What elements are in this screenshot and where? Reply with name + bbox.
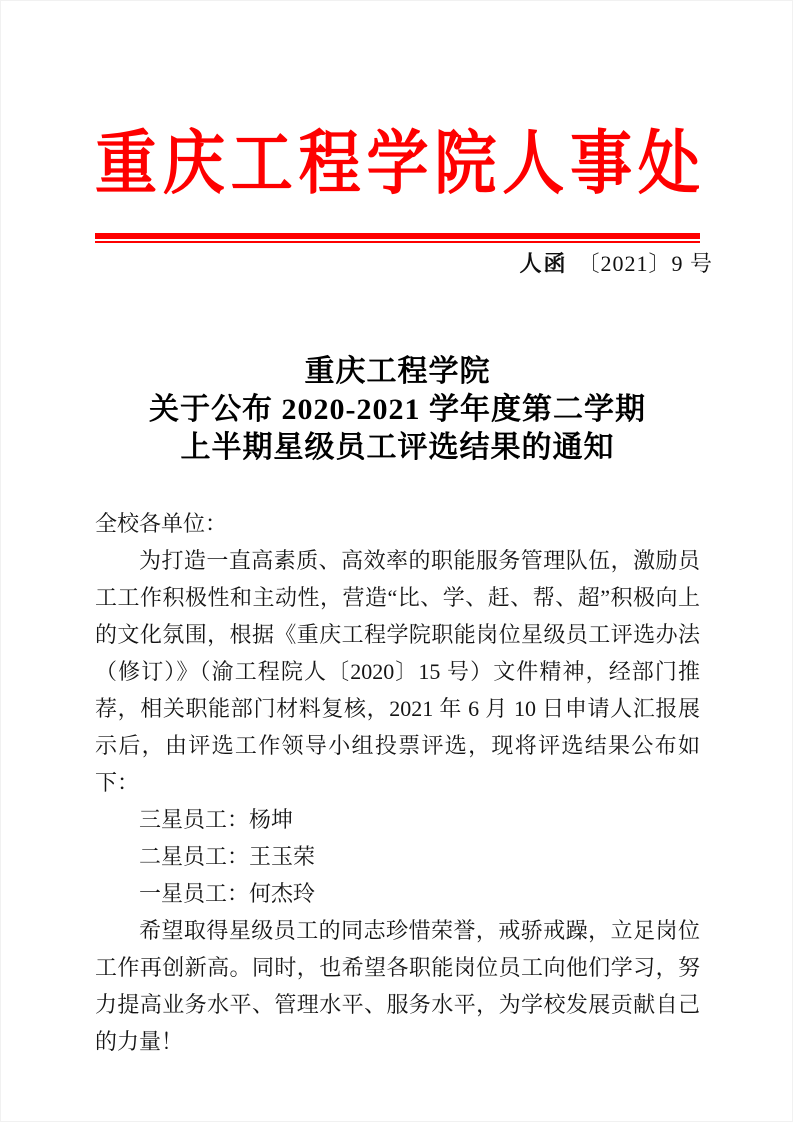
- document-title-line-3: 上半期星级员工评选结果的通知: [95, 429, 700, 467]
- document-title-line-2: 关于公布 2020-2021 学年度第二学期: [95, 391, 700, 429]
- body-paragraph-1: 为打造一直高素质、高效率的职能服务管理队伍，激励员工工作积极性和主动性，营造“比…: [95, 542, 700, 801]
- result-line-one-star: 一星员工：何杰玲: [95, 875, 700, 912]
- document-number-org: 人函: [519, 251, 567, 276]
- letterhead-divider: [95, 233, 700, 243]
- result-line-two-star: 二星员工：王玉荣: [95, 838, 700, 875]
- result-line-three-star: 三星员工：杨坤: [95, 801, 700, 838]
- document-body: 全校各单位： 为打造一直高素质、高效率的职能服务管理队伍，激励员工工作积极性和主…: [95, 505, 700, 1060]
- document-title: 重庆工程学院 关于公布 2020-2021 学年度第二学期 上半期星级员工评选结…: [95, 353, 700, 467]
- closing-paragraph: 希望取得星级员工的同志珍惜荣誉，戒骄戒躁，立足岗位工作再创新高。同时，也希望各职…: [95, 912, 700, 1060]
- divider-thin-bar: [95, 241, 700, 243]
- salutation: 全校各单位：: [95, 505, 700, 542]
- document-title-line-1: 重庆工程学院: [95, 353, 700, 391]
- document-number-serial: 〔2021〕9 号: [577, 251, 713, 276]
- letterhead-agency-name: 重庆工程学院人事处: [95, 130, 700, 199]
- document-page: 重庆工程学院人事处 人函〔2021〕9 号 重庆工程学院 关于公布 2020-2…: [0, 0, 793, 1122]
- document-number: 人函〔2021〕9 号: [0, 250, 713, 278]
